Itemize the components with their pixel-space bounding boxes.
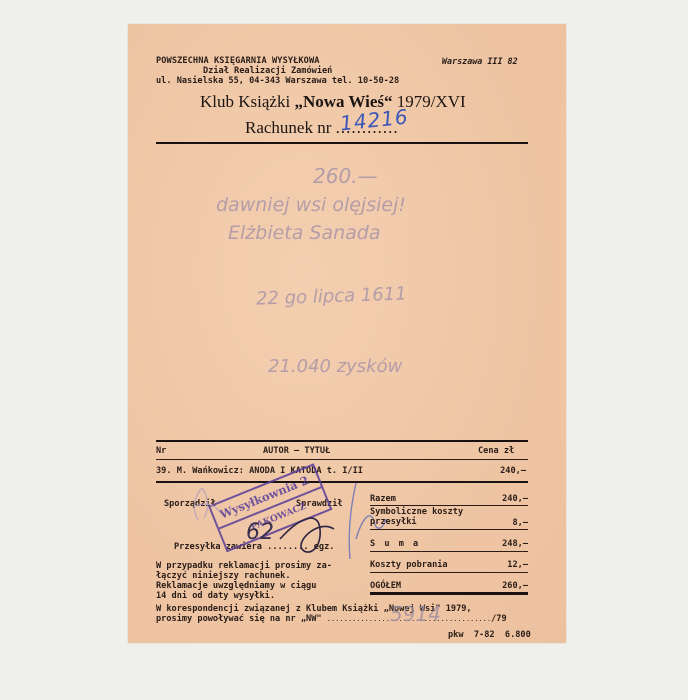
- complaints-line-1: W przypadku reklamacji prosimy za-: [156, 561, 332, 571]
- correspondence-line-1: W korespondencji związanej z Klubem Ksią…: [156, 604, 507, 614]
- summary-razem-label: Razem: [370, 494, 396, 504]
- complaints-line-2: łączyć niniejszy rachunek.: [156, 571, 332, 581]
- summary-shipping-label: Symboliczne koszty przesyłki: [370, 508, 480, 527]
- table-header-rule: [156, 459, 528, 460]
- pencil-note-date: 22 go lipca 1611: [256, 283, 407, 309]
- summary-rule-2: [370, 529, 528, 530]
- table-row-item: 39. M. Wańkowicz: ANODA I KATODA t. I/II: [156, 466, 363, 476]
- club-prefix: Klub Książki: [200, 92, 294, 111]
- city-date: Warszawa III 82: [442, 56, 518, 66]
- correspondence-prefix: prosimy powoływać się na nr „NW": [156, 614, 327, 624]
- pencil-note-amount: 260.—: [313, 164, 378, 188]
- summary-total-rule: [370, 592, 528, 595]
- company-name: POWSZECHNA KSIĘGARNIA WYSYŁKOWA: [156, 56, 320, 66]
- correspondence-suffix: /79: [491, 614, 507, 624]
- column-nr: Nr: [156, 446, 166, 456]
- handwritten-package-count: 62: [246, 520, 274, 545]
- summary-cod-value: 12,—: [478, 560, 528, 570]
- club-title: Klub Książki „Nowa Wieś“ 1979/XVI: [200, 92, 466, 112]
- summary-suma-label: S u m a: [370, 539, 420, 549]
- summary-suma-value: 248,—: [478, 539, 528, 549]
- summary-total-value: 260,—: [478, 581, 528, 591]
- table-top-rule: [156, 440, 528, 442]
- complaints-note: W przypadku reklamacji prosimy za- łączy…: [156, 561, 332, 601]
- department-name: Dział Realizacji Zamówień: [203, 66, 332, 76]
- summary-shipping-value: 8,—: [478, 518, 528, 528]
- complaints-line-3: Reklamacje uwzględniamy w ciągu: [156, 581, 332, 591]
- invoice-paper: POWSZECHNA KSIĘGARNIA WYSYŁKOWA Dział Re…: [128, 24, 566, 643]
- table-row-price: 240,—: [488, 466, 526, 476]
- complaints-line-4: 14 dni od daty wysyłki.: [156, 591, 332, 601]
- summary-razem-value: 240,—: [478, 494, 528, 504]
- summary-rule-4: [370, 572, 528, 573]
- summary-rule-1: [370, 505, 528, 506]
- correspondence-line-2: prosimy powoływać się na nr „NW" .......…: [156, 614, 507, 624]
- correspondence-note: W korespondencji związanej z Klubem Ksią…: [156, 604, 507, 624]
- summary-cod-label: Koszty pobrania: [370, 560, 448, 570]
- pencil-note-bottom: 21.040 zysków: [268, 356, 402, 377]
- header-divider: [156, 142, 528, 144]
- summary-rule-3: [370, 551, 528, 552]
- column-price: Cena zł: [478, 446, 514, 456]
- summary-total-label: OGÓŁEM: [370, 581, 401, 591]
- column-author-title: AUTOR — TYTUŁ: [263, 446, 330, 456]
- print-code: pkw 7-82 6.800: [448, 630, 531, 640]
- prepared-by-signature-icon: [188, 482, 228, 522]
- invoice-label: Rachunek nr: [245, 118, 336, 137]
- company-address: ul. Nasielska 55, 04-343 Warszawa tel. 1…: [156, 76, 399, 86]
- pencil-note-line2: dawniej wsi olęjsiej!: [216, 194, 406, 216]
- pencil-nw-number: 5914: [390, 602, 441, 626]
- pencil-note-name: Elżbieta Sanada: [228, 222, 381, 244]
